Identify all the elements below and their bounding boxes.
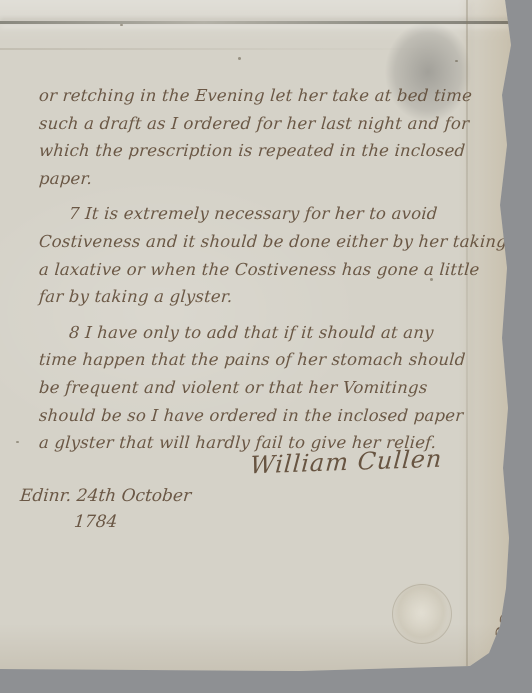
letter-line: Costiveness and it should be done either… (38, 228, 490, 256)
letter-line: far by taking a glyster. (38, 283, 490, 311)
paper-speck (238, 57, 241, 60)
letter-line: or retching in the Evening let her take … (38, 82, 490, 110)
letter-line: be frequent and violent or that her Vomi… (38, 374, 490, 402)
letter-body: or retching in the Evening let her take … (38, 82, 488, 457)
paper-speck (430, 278, 433, 281)
letter-line: which the prescription is repeated in th… (38, 137, 490, 165)
paper-speck (455, 60, 458, 62)
fold-crease-top (0, 21, 510, 24)
letter-line: paper. (38, 165, 490, 193)
signature: William Cullen (249, 445, 443, 480)
paper-speck (16, 441, 19, 443)
letter-line-paragraph-8: 8 I have only to add that if it should a… (38, 319, 490, 347)
date-year: 1784 (73, 512, 118, 532)
place-date: Edinr. 24th October (19, 486, 192, 506)
letter-line: time happen that the pains of her stomac… (38, 346, 490, 374)
letter-line-paragraph-7: 7 It is extremely necessary for her to a… (38, 200, 490, 228)
folio-number: 225 (490, 597, 526, 644)
paper-speck (120, 24, 123, 26)
manuscript-page: or retching in the Evening let her take … (0, 0, 532, 693)
manuscript-photo: or retching in the Evening let her take … (0, 0, 532, 693)
letter-line: such a draft as I ordered for her last n… (38, 110, 490, 138)
letter-line: a laxative or when the Costiveness has g… (38, 256, 490, 284)
fold-crease-faint (0, 48, 460, 50)
letter-line: should be so I have ordered in the inclo… (38, 402, 490, 430)
seal-stain-bottom (392, 584, 452, 644)
